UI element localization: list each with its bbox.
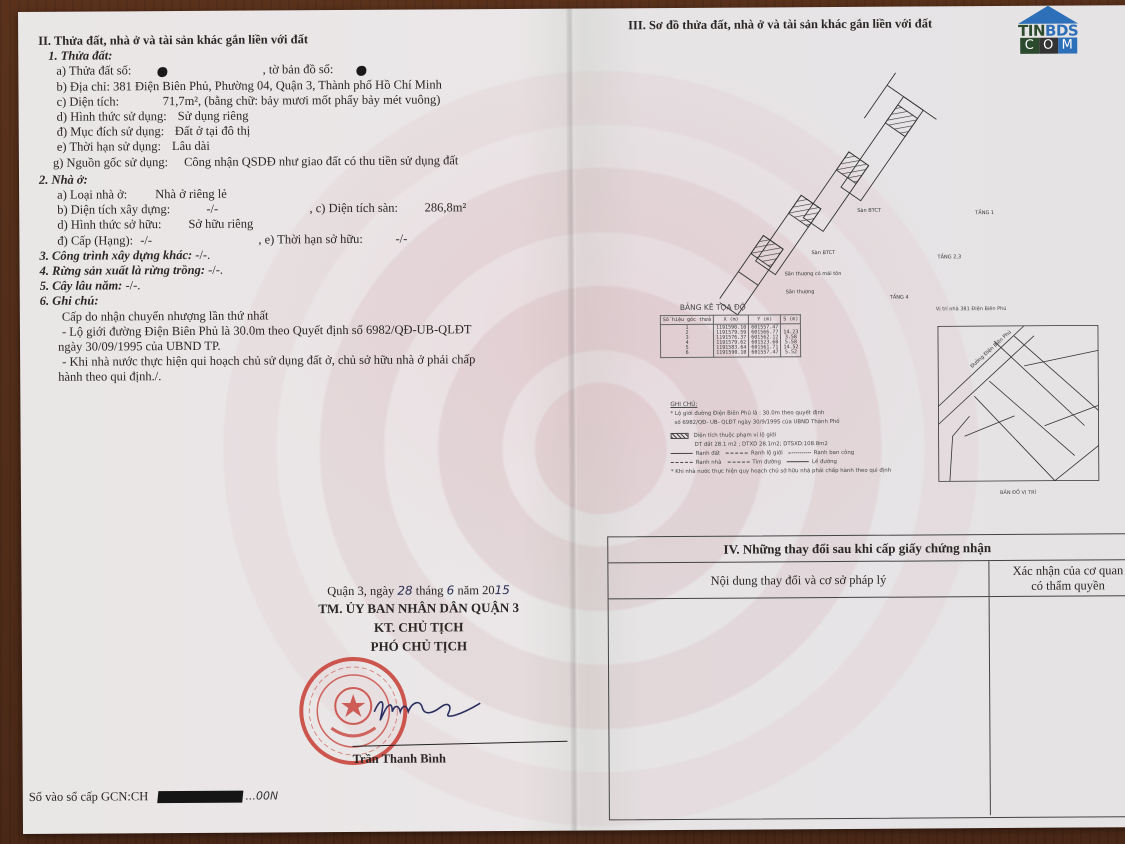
location-map: Vị trí nhà 381 Điện Biên Phủ Đường Điện … xyxy=(934,305,1105,496)
street-label: Đường Điện Biên Phủ xyxy=(969,329,1013,370)
register-number-redacted xyxy=(157,791,243,804)
dash-dot-line-icon xyxy=(727,462,749,463)
origin-label: g) Nguồn gốc sử dụng: xyxy=(53,155,181,171)
terrace-roofed-label: Sân thượng có mái tôn xyxy=(785,270,842,277)
legend-note-2: số 6982/QĐ- UB- QLĐT ngày 30/9/1995 của … xyxy=(674,417,930,428)
floor-plan-diagram: TẦNG 1 TẦNG 2,3 TẦNG 4 TẦNG SÂN THƯỢNG S… xyxy=(718,56,1020,328)
floor1-label: TẦNG 1 xyxy=(974,208,994,216)
date-prefix: Quận 3, ngày xyxy=(327,584,394,598)
plantation-value: -/-. xyxy=(208,263,223,277)
coord-header: Số hiệu góc thửa xyxy=(660,315,713,324)
grade-label: đ) Cấp (Hạng): xyxy=(57,233,133,247)
build-area-label: b) Diện tích xây dựng: xyxy=(57,202,203,218)
build-area-value: -/- xyxy=(206,201,306,217)
dash-line-icon xyxy=(726,453,748,454)
note-line: hành theo qui định./. xyxy=(58,367,560,385)
dotted-line-icon xyxy=(789,452,811,453)
btct-label-2: Sàn BTCT xyxy=(811,249,836,256)
terrace-label: Sân thượng xyxy=(786,288,815,295)
confirmation-line-2: có thẩm quyền xyxy=(989,578,1125,594)
coord-header: S (m) xyxy=(781,315,801,324)
confirmation-line-1: Xác nhận của cơ quan xyxy=(989,563,1125,579)
use-form-label: d) Hình thức sử dụng: xyxy=(57,109,175,125)
coord-column: 601557.47 601566.77 601562.12 601523.60 … xyxy=(749,324,781,357)
address-value: 381 Điện Biên Phủ, Phường 04, Quận 3, Th… xyxy=(113,77,442,93)
hatch-swatch-icon xyxy=(671,432,689,438)
term-value: Lâu dài xyxy=(172,139,210,153)
date-year: 15 xyxy=(495,583,510,597)
floor4-label: TẦNG 4 xyxy=(889,293,909,301)
legend-line-item: Tim đường xyxy=(752,459,781,465)
register-label: Số vào sổ cấp GCN:CH xyxy=(29,789,149,804)
tinbds-watermark-logo: TINBDS C O M xyxy=(1018,6,1078,64)
grade-value: -/- xyxy=(140,232,255,248)
coord-column: 14.23 3.58 5.58 14.52 5.52 xyxy=(781,324,801,357)
changes-empty-row xyxy=(609,596,1125,817)
own-term-value: -/- xyxy=(395,231,407,245)
dash-line-icon xyxy=(671,462,693,463)
coord-header: Y (m) xyxy=(749,315,781,324)
purpose-value: Đất ở tại đô thị xyxy=(175,124,250,138)
area-label: c) Diện tích: xyxy=(57,94,160,110)
origin-value: Công nhận QSDĐ như giao đất có thu tiền … xyxy=(184,153,458,169)
certificate-register-number: Số vào sổ cấp GCN:CH ...00N xyxy=(29,788,279,805)
map-sheet-label: , tờ bản đồ số: xyxy=(263,62,334,76)
signer-name: Trần Thanh Bình xyxy=(353,751,446,767)
own-term-label: , e) Thời hạn sở hữu: xyxy=(258,231,392,247)
diagram-legend: GHI CHÚ: * Lộ giới đường Điện Biên Phủ l… xyxy=(670,399,930,477)
map-sheet-redacted xyxy=(356,65,366,75)
grade-row: đ) Cấp (Hạng): -/- , e) Thời hạn sở hữu:… xyxy=(57,230,559,248)
floor23-label: TẦNG 2,3 xyxy=(936,252,961,260)
legend-line-item: Lề đường xyxy=(812,459,837,465)
address-label: b) Địa chỉ: xyxy=(56,79,110,93)
plantation-label: 4. Rừng sản xuất là rừng trồng: xyxy=(40,263,205,278)
area-value: 71,7m², (bằng chữ: bảy mươi mốt phẩy bảy… xyxy=(163,92,441,108)
logo-text-top: TINBDS xyxy=(1018,24,1078,38)
issue-date: Quận 3, ngày 28 tháng 6 năm 2015 xyxy=(284,583,554,600)
other-works-label: 3. Công trình xây dựng khác: xyxy=(39,248,192,263)
floor-area-label: , c) Diện tích sàn: xyxy=(309,201,421,217)
house-type-label: a) Loại nhà ở: xyxy=(57,187,152,203)
other-works-value: -/-. xyxy=(195,248,210,262)
origin-row: g) Nguồn gốc sử dụng: Công nhận QSDĐ như… xyxy=(53,152,559,170)
notes-list: Cấp do nhận chuyển nhượng lần thứ nhất- … xyxy=(40,306,560,385)
perennial-label: 5. Cây lâu năm: xyxy=(40,279,123,294)
location-map-drawing: Đường Điện Biên Phủ xyxy=(934,305,1105,496)
legend-line-item: Ranh nhà xyxy=(696,460,722,466)
solid-line-icon xyxy=(787,461,809,462)
register-number-tail: ...00N xyxy=(245,789,278,802)
legend-line-item: Ranh lộ giới xyxy=(751,450,783,456)
parcel-number-label: a) Thửa đất số: xyxy=(56,64,131,78)
month-label: tháng xyxy=(416,583,444,597)
year-label: năm 20 xyxy=(457,583,494,597)
changes-title: IV. Những thay đổi sau khi cấp giấy chứn… xyxy=(608,534,1125,563)
handwritten-signature-icon xyxy=(370,689,490,730)
land-certificate-document: II. Thửa đất, nhà ở và tài sản khác gắn … xyxy=(18,5,1125,834)
logo-c: C xyxy=(1020,38,1039,54)
location-map-footer: BẢN ĐỒ VỊ TRÍ xyxy=(1000,490,1036,496)
logo-o: O xyxy=(1039,38,1058,54)
logo-text-bottom: C O M xyxy=(1018,38,1078,54)
use-form-value: Sử dụng riêng xyxy=(178,109,249,123)
coord-header: X (m) xyxy=(714,315,749,324)
signature-block: Quận 3, ngày 28 tháng 6 năm 2015 TM. ỦY … xyxy=(284,583,554,657)
page-fold xyxy=(566,9,579,831)
legend-line-item: Ranh đất xyxy=(696,451,720,457)
changes-header-row: Nội dung thay đổi và cơ sở pháp lý Xác n… xyxy=(608,560,1125,599)
perennial-value: -/-. xyxy=(125,279,140,293)
changes-col-confirmation: Xác nhận của cơ quan có thẩm quyền xyxy=(989,560,1125,596)
coordinate-table-title: BẢNG KÊ TỌA ĐỘ xyxy=(680,302,810,312)
date-month: 6 xyxy=(447,583,455,597)
section-iii-title: III. Sơ đồ thửa đất, nhà ở và tài sản kh… xyxy=(628,16,932,33)
ownership-value: Sở hữu riêng xyxy=(188,217,253,231)
house-type-value: Nhà ở riêng lẻ xyxy=(155,187,227,201)
ownership-label: d) Hình thức sở hữu: xyxy=(57,217,185,233)
left-page-section-ii: II. Thửa đất, nhà ở và tài sản khác gắn … xyxy=(38,31,560,386)
parcel-number-redacted xyxy=(157,67,167,77)
authority-role-1: KT. CHỦ TỊCH xyxy=(284,617,554,638)
term-label: e) Thời hạn sử dụng: xyxy=(57,140,169,156)
floor-area-value: 286,8m² xyxy=(425,201,467,215)
solid-line-icon xyxy=(671,453,693,454)
purpose-label: đ) Mục đích sử dụng: xyxy=(57,124,172,140)
coordinate-table: Số hiệu góc thửaX (m)Y (m)S (m) 1 2 3 4 … xyxy=(660,314,802,358)
changes-col-content: Nội dung thay đổi và cơ sở pháp lý xyxy=(608,561,989,598)
changes-after-issuance-table: IV. Những thay đổi sau khi cấp giấy chứn… xyxy=(607,533,1125,820)
logo-m: M xyxy=(1058,38,1077,54)
date-day: 28 xyxy=(397,584,412,598)
coord-column: 1 2 3 4 5 6 xyxy=(660,324,713,357)
legend-line-item: Ranh ban công xyxy=(814,450,854,456)
btct-label-1: Sàn BTCT xyxy=(857,207,882,214)
changes-content-cell xyxy=(609,597,991,817)
issuing-authority: TM. ỦY BAN NHÂN DÂN QUẬN 3 xyxy=(284,598,554,619)
coord-column: 1191590.10 1191579.59 1191576.37 1191579… xyxy=(714,324,749,357)
authority-role-2: PHÓ CHỦ TỊCH xyxy=(284,636,554,657)
coordinate-table-block: BẢNG KÊ TỌA ĐỘ Số hiệu góc thửaX (m)Y (m… xyxy=(660,302,810,358)
legend-footnote: * Khi nhà nước thực hiện quy hoạch chủ s… xyxy=(671,466,931,477)
hatch-label: Diện tích thuộc phạm vi lộ giới xyxy=(694,432,777,439)
